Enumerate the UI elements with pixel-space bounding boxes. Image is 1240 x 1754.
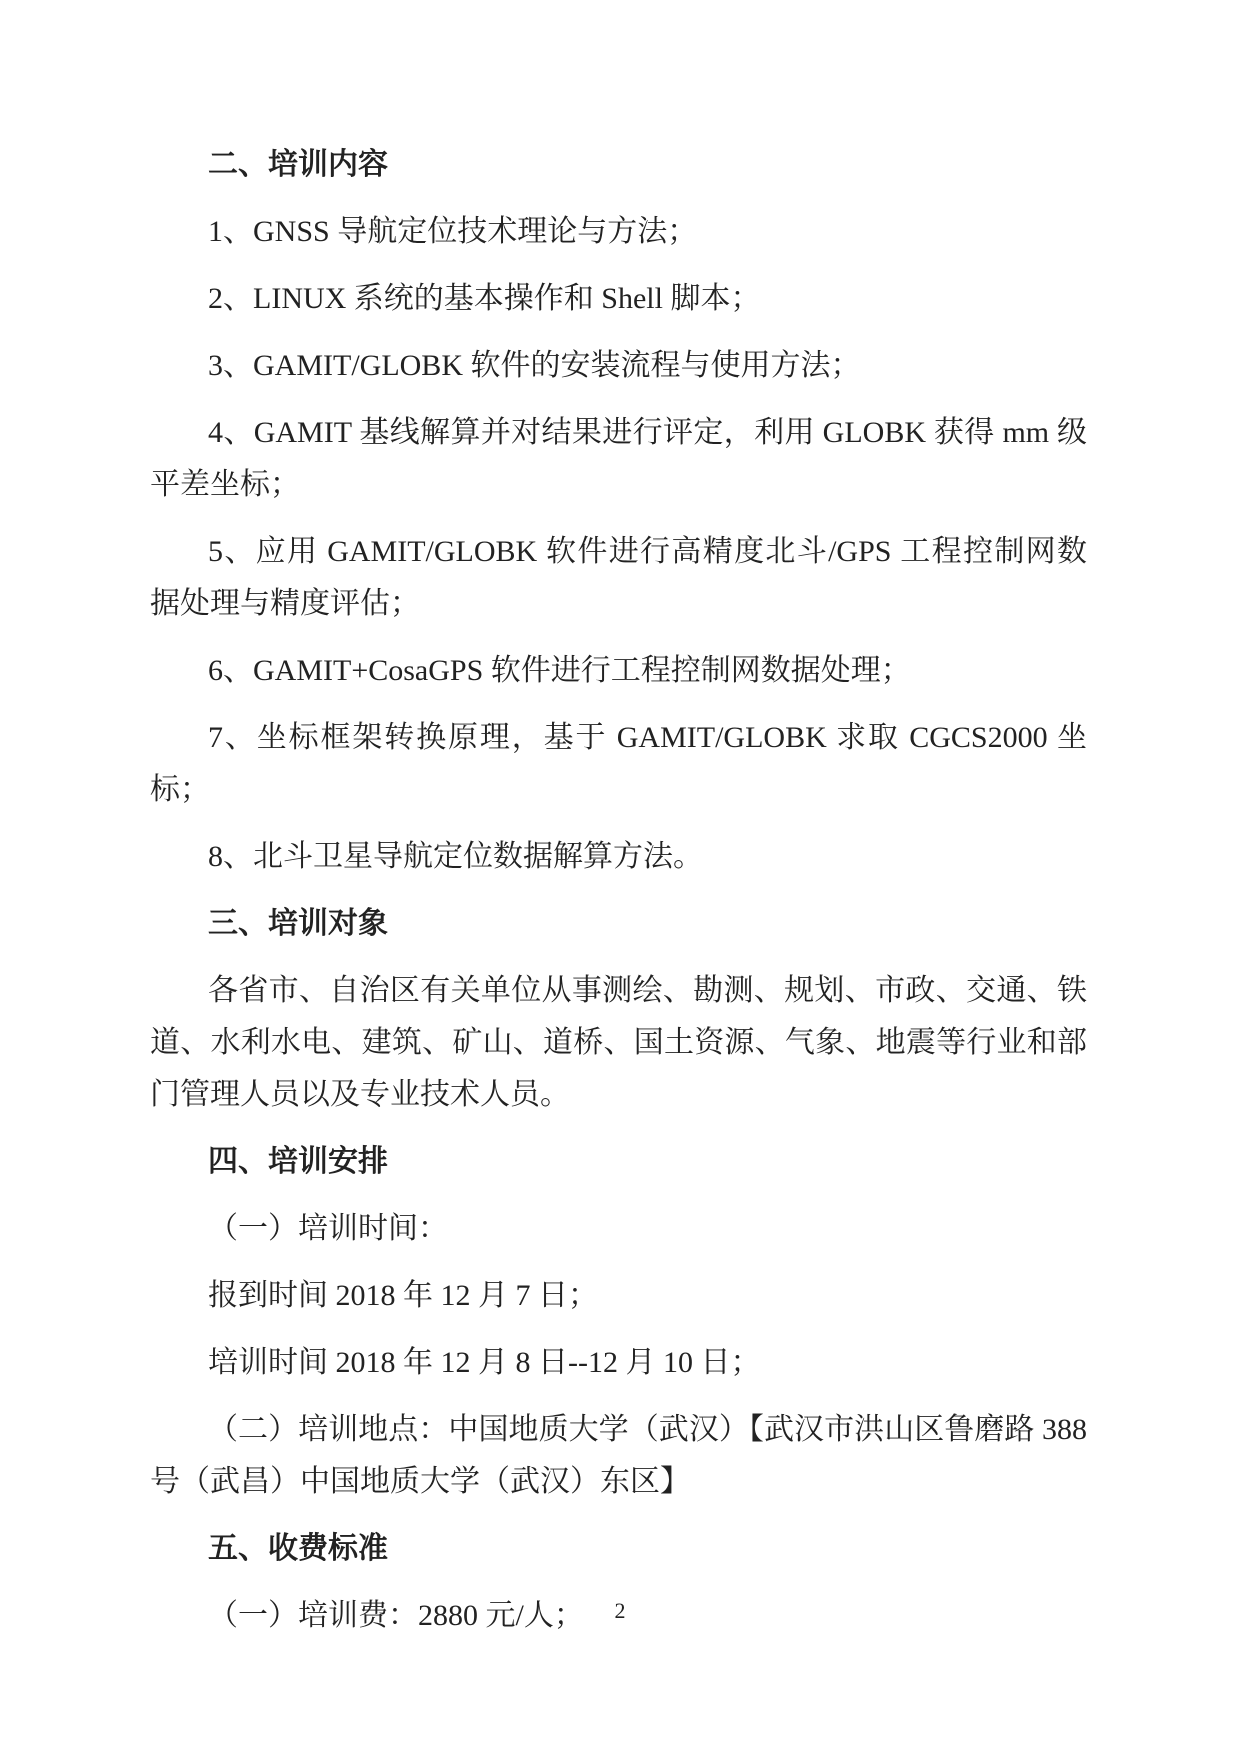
paragraph-registration-date: 报到时间 2018 年 12 月 7 日； [150, 1270, 1087, 1322]
page-number: 2 [0, 1598, 1240, 1624]
section-heading-training-audience: 三、培训对象 [150, 898, 1087, 950]
list-item-3: 3、GAMIT/GLOBK 软件的安装流程与使用方法； [150, 340, 1087, 392]
document-page: 二、培训内容 1、GNSS 导航定位技术理论与方法； 2、LINUX 系统的基本… [0, 0, 1240, 1754]
list-item-2: 2、LINUX 系统的基本操作和 Shell 脚本； [150, 273, 1087, 325]
section-heading-training-schedule: 四、培训安排 [150, 1136, 1087, 1188]
list-item-6: 6、GAMIT+CosaGPS 软件进行工程控制网数据处理； [150, 645, 1087, 697]
list-item-7: 7、坐标框架转换原理，基于 GAMIT/GLOBK 求取 CGCS2000 坐标… [150, 712, 1087, 816]
list-item-4: 4、GAMIT 基线解算并对结果进行评定，利用 GLOBK 获得 mm 级平差坐… [150, 407, 1087, 511]
section-heading-training-content: 二、培训内容 [150, 139, 1087, 191]
paragraph-training-time-label: （一）培训时间： [150, 1203, 1087, 1255]
paragraph-audience: 各省市、自治区有关单位从事测绘、勘测、规划、市政、交通、铁道、水利水电、建筑、矿… [150, 965, 1087, 1121]
list-item-5: 5、应用 GAMIT/GLOBK 软件进行高精度北斗/GPS 工程控制网数据处理… [150, 526, 1087, 630]
section-heading-fees: 五、收费标准 [150, 1523, 1087, 1575]
list-item-1: 1、GNSS 导航定位技术理论与方法； [150, 206, 1087, 258]
paragraph-training-dates: 培训时间 2018 年 12 月 8 日--12 月 10 日； [150, 1337, 1087, 1389]
paragraph-training-location: （二）培训地点：中国地质大学（武汉）【武汉市洪山区鲁磨路 388 号（武昌）中国… [150, 1404, 1087, 1508]
list-item-8: 8、北斗卫星导航定位数据解算方法。 [150, 831, 1087, 883]
